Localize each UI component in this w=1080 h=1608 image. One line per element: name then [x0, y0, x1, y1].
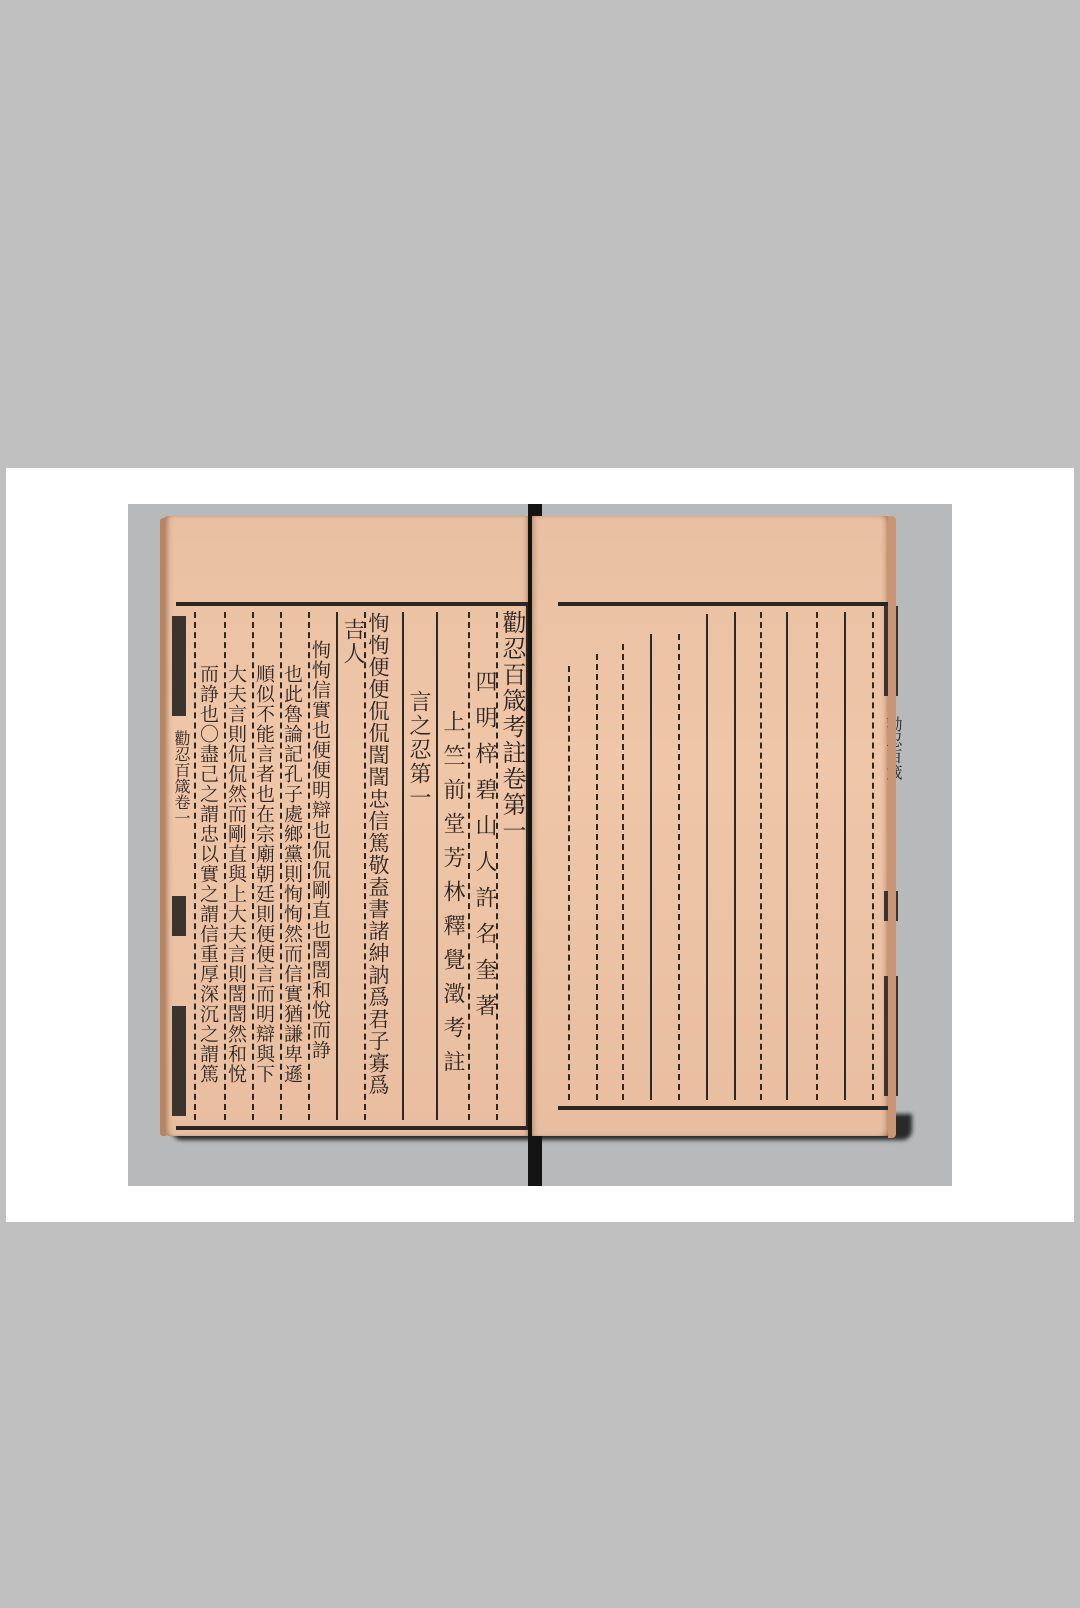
- commentary-column: 而諍也〇盡己之謂忠以實之謂信重厚深沉之謂篤: [198, 664, 218, 1084]
- commentary-column: 大夫言則侃侃然而剛直與上大夫言則誾誾然和悅: [226, 664, 246, 1084]
- author-line-annotator: 上竺前堂芳林釋覺澂考註: [438, 710, 466, 1084]
- main-text-column: 恂恂便便侃侃誾誾忠信篤敬盍書諸紳訥爲君子寡爲: [366, 612, 390, 1096]
- main-text-continuation: 吉人: [338, 618, 366, 666]
- volume-title: 勸忍百箴考註卷第一: [498, 610, 526, 844]
- author-line-writer: 四明梓碧山人許名奎著: [470, 670, 498, 1030]
- right-print-frame: 勸忍百箴: [558, 602, 892, 1110]
- book-photograph: 恂恂信實也便便明辯也侃侃剛直也誾誾和悅而諍 也此魯論記孔子處鄉黨則恂恂然而信實猶…: [128, 504, 952, 1186]
- commentary-column: 恂恂信實也便便明辯也侃侃剛直也誾誾和悅而諍: [310, 640, 330, 1060]
- block-heart-upper: [172, 616, 186, 716]
- commentary-column: 順似不能言者也在宗廟朝廷則便便言而明辯與下: [254, 664, 274, 1084]
- fore-edge-label: 勸忍百箴卷一: [170, 730, 193, 826]
- block-heart-bottom: [172, 1006, 186, 1116]
- left-page: 恂恂信實也便便明辯也侃侃剛直也誾誾和悅而諍 也此魯論記孔子處鄉黨則恂恂然而信實猶…: [164, 516, 528, 1136]
- left-print-frame: 恂恂信實也便便明辯也侃侃剛直也誾誾和悅而諍 也此魯論記孔子處鄉黨則恂恂然而信實猶…: [176, 602, 530, 1130]
- block-heart-lower: [172, 896, 186, 936]
- section-heading: 言之忍第一: [404, 690, 432, 810]
- commentary-column: 也此魯論記孔子處鄉黨則恂恂然而信實猶謙卑遜: [282, 664, 302, 1084]
- right-page: 勸忍百箴: [532, 516, 892, 1136]
- right-fore-edge: [888, 516, 896, 1138]
